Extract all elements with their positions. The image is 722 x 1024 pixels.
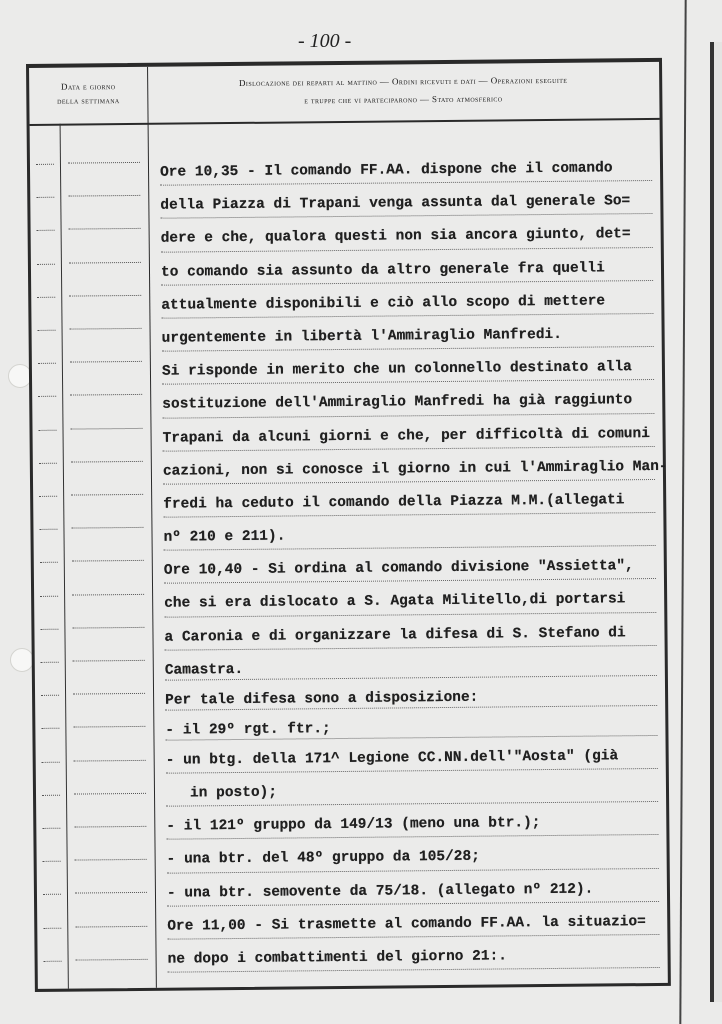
ruled-line xyxy=(74,759,146,761)
ruled-line xyxy=(72,627,144,629)
ruled-line xyxy=(70,427,142,429)
log-form: Data e giorno della settimana Dislocazio… xyxy=(26,58,671,992)
ruled-line xyxy=(43,894,61,895)
ruled-line xyxy=(39,529,57,530)
ruled-line xyxy=(42,828,60,829)
ruled-line xyxy=(73,726,145,728)
log-line: Si risponde in merito che un colonnello … xyxy=(162,347,654,385)
ruled-line xyxy=(39,463,57,464)
ruled-line xyxy=(75,892,147,894)
ruled-line xyxy=(40,629,58,630)
log-line: - una btr. del 48º gruppo da 105/28; xyxy=(166,835,658,873)
ruled-line xyxy=(71,461,143,463)
ruled-line xyxy=(43,927,61,928)
date-column xyxy=(30,123,157,989)
punch-hole xyxy=(10,648,34,672)
log-line: sostituzione dell'Ammiraglio Manfredi ha… xyxy=(162,380,654,418)
page-number: - 100 - xyxy=(298,30,351,53)
ruled-line xyxy=(36,164,54,165)
ruled-line xyxy=(37,297,55,298)
log-line: ne dopo i combattimenti del giorno 21:. xyxy=(167,935,659,973)
log-line: Ore 10,40 - Si ordina al comando divisio… xyxy=(164,546,656,584)
ruled-line xyxy=(39,496,57,497)
log-line: - il 29º rgt. ftr.; xyxy=(165,706,657,741)
ruled-line xyxy=(76,959,148,961)
log-entries: Ore 10,35 - Il comando FF.AA. dispone ch… xyxy=(160,148,660,973)
main-column: Ore 10,35 - Il comando FF.AA. dispone ch… xyxy=(150,118,668,988)
log-line: a Caronia e di organizzare la difesa di … xyxy=(164,613,656,651)
log-line: Per tale difesa sono a disposizione: xyxy=(165,676,657,711)
log-line: nº 210 e 211). xyxy=(163,513,655,551)
ruled-line xyxy=(42,761,60,762)
ruled-line xyxy=(71,494,143,496)
ruled-line xyxy=(71,527,143,529)
ruled-line xyxy=(72,593,144,595)
ruled-line xyxy=(40,595,58,596)
log-line: dere e che, qualora questi non sia ancor… xyxy=(160,214,652,252)
form-header: Data e giorno della settimana Dislocazio… xyxy=(29,62,660,126)
log-line: Ore 10,35 - Il comando FF.AA. dispone ch… xyxy=(160,148,652,186)
ruled-line xyxy=(70,394,142,396)
ruled-line xyxy=(39,429,57,430)
log-line: che si era dislocato a S. Agata Militell… xyxy=(164,579,656,617)
ruled-line xyxy=(70,328,142,330)
log-line: urgentemente in libertà l'Ammiraglio Man… xyxy=(161,314,653,352)
ruled-line xyxy=(73,660,145,662)
main-header-line1: Dislocazione dei reparti al mattino — Or… xyxy=(147,72,659,91)
log-line: - il 121º gruppo da 149/13 (meno una btr… xyxy=(166,802,658,840)
ruled-line xyxy=(40,562,58,563)
ruled-line xyxy=(38,396,56,397)
adjacent-page-edge xyxy=(710,42,722,1002)
date-subcolumn-divider xyxy=(60,124,69,989)
ruled-line xyxy=(68,195,140,197)
ruled-line xyxy=(70,361,142,363)
ruled-line xyxy=(43,861,61,862)
page-edge-divider xyxy=(679,0,686,1024)
ruled-line xyxy=(44,960,62,961)
ruled-line xyxy=(41,728,59,729)
ruled-line xyxy=(38,330,56,331)
log-line: Trapani da alcuni giorni e che, per diff… xyxy=(162,413,654,451)
date-column-header: Data e giorno della settimana xyxy=(29,67,149,124)
log-line: Camastra. xyxy=(165,646,657,681)
ruled-line xyxy=(42,795,60,796)
ruled-line xyxy=(75,859,147,861)
main-column-header: Dislocazione dei reparti al mattino — Or… xyxy=(147,62,660,123)
ruled-line xyxy=(73,693,145,695)
log-line: Ore 11,00 - Si trasmette al comando FF.A… xyxy=(167,902,659,940)
ruled-line xyxy=(74,826,146,828)
ruled-line xyxy=(41,695,59,696)
ruled-line xyxy=(41,662,59,663)
date-header-line1: Data e giorno xyxy=(29,79,147,94)
log-line: to comando sia assunto da altro generale… xyxy=(161,248,653,286)
ruled-line xyxy=(37,263,55,264)
main-header-line2: e truppe che vi parteciparono — Stato at… xyxy=(147,90,659,109)
log-line: cazioni, non si conosce il giorno in cui… xyxy=(163,447,655,485)
ruled-line xyxy=(69,295,141,297)
log-line: - un btg. della 171^ Legione CC.NN.dell'… xyxy=(166,736,658,774)
date-header-line2: della settimana xyxy=(29,93,147,108)
ruled-line xyxy=(38,363,56,364)
ruled-line xyxy=(72,560,144,562)
ruled-line xyxy=(37,230,55,231)
log-line: della Piazza di Trapani venga assunta da… xyxy=(160,181,652,219)
ruled-line xyxy=(68,162,140,164)
log-line: - una btr. semovente da 75/18. (allegato… xyxy=(167,869,659,907)
ruled-line xyxy=(69,261,141,263)
log-line: in posto); xyxy=(166,769,658,807)
log-line: attualmente disponibili e ciò allo scopo… xyxy=(161,281,653,319)
ruled-line xyxy=(69,228,141,230)
date-ruled-lines xyxy=(30,123,148,124)
ruled-line xyxy=(75,925,147,927)
ruled-line xyxy=(74,793,146,795)
ruled-line xyxy=(36,197,54,198)
log-line: fredi ha ceduto il comando della Piazza … xyxy=(163,480,655,518)
